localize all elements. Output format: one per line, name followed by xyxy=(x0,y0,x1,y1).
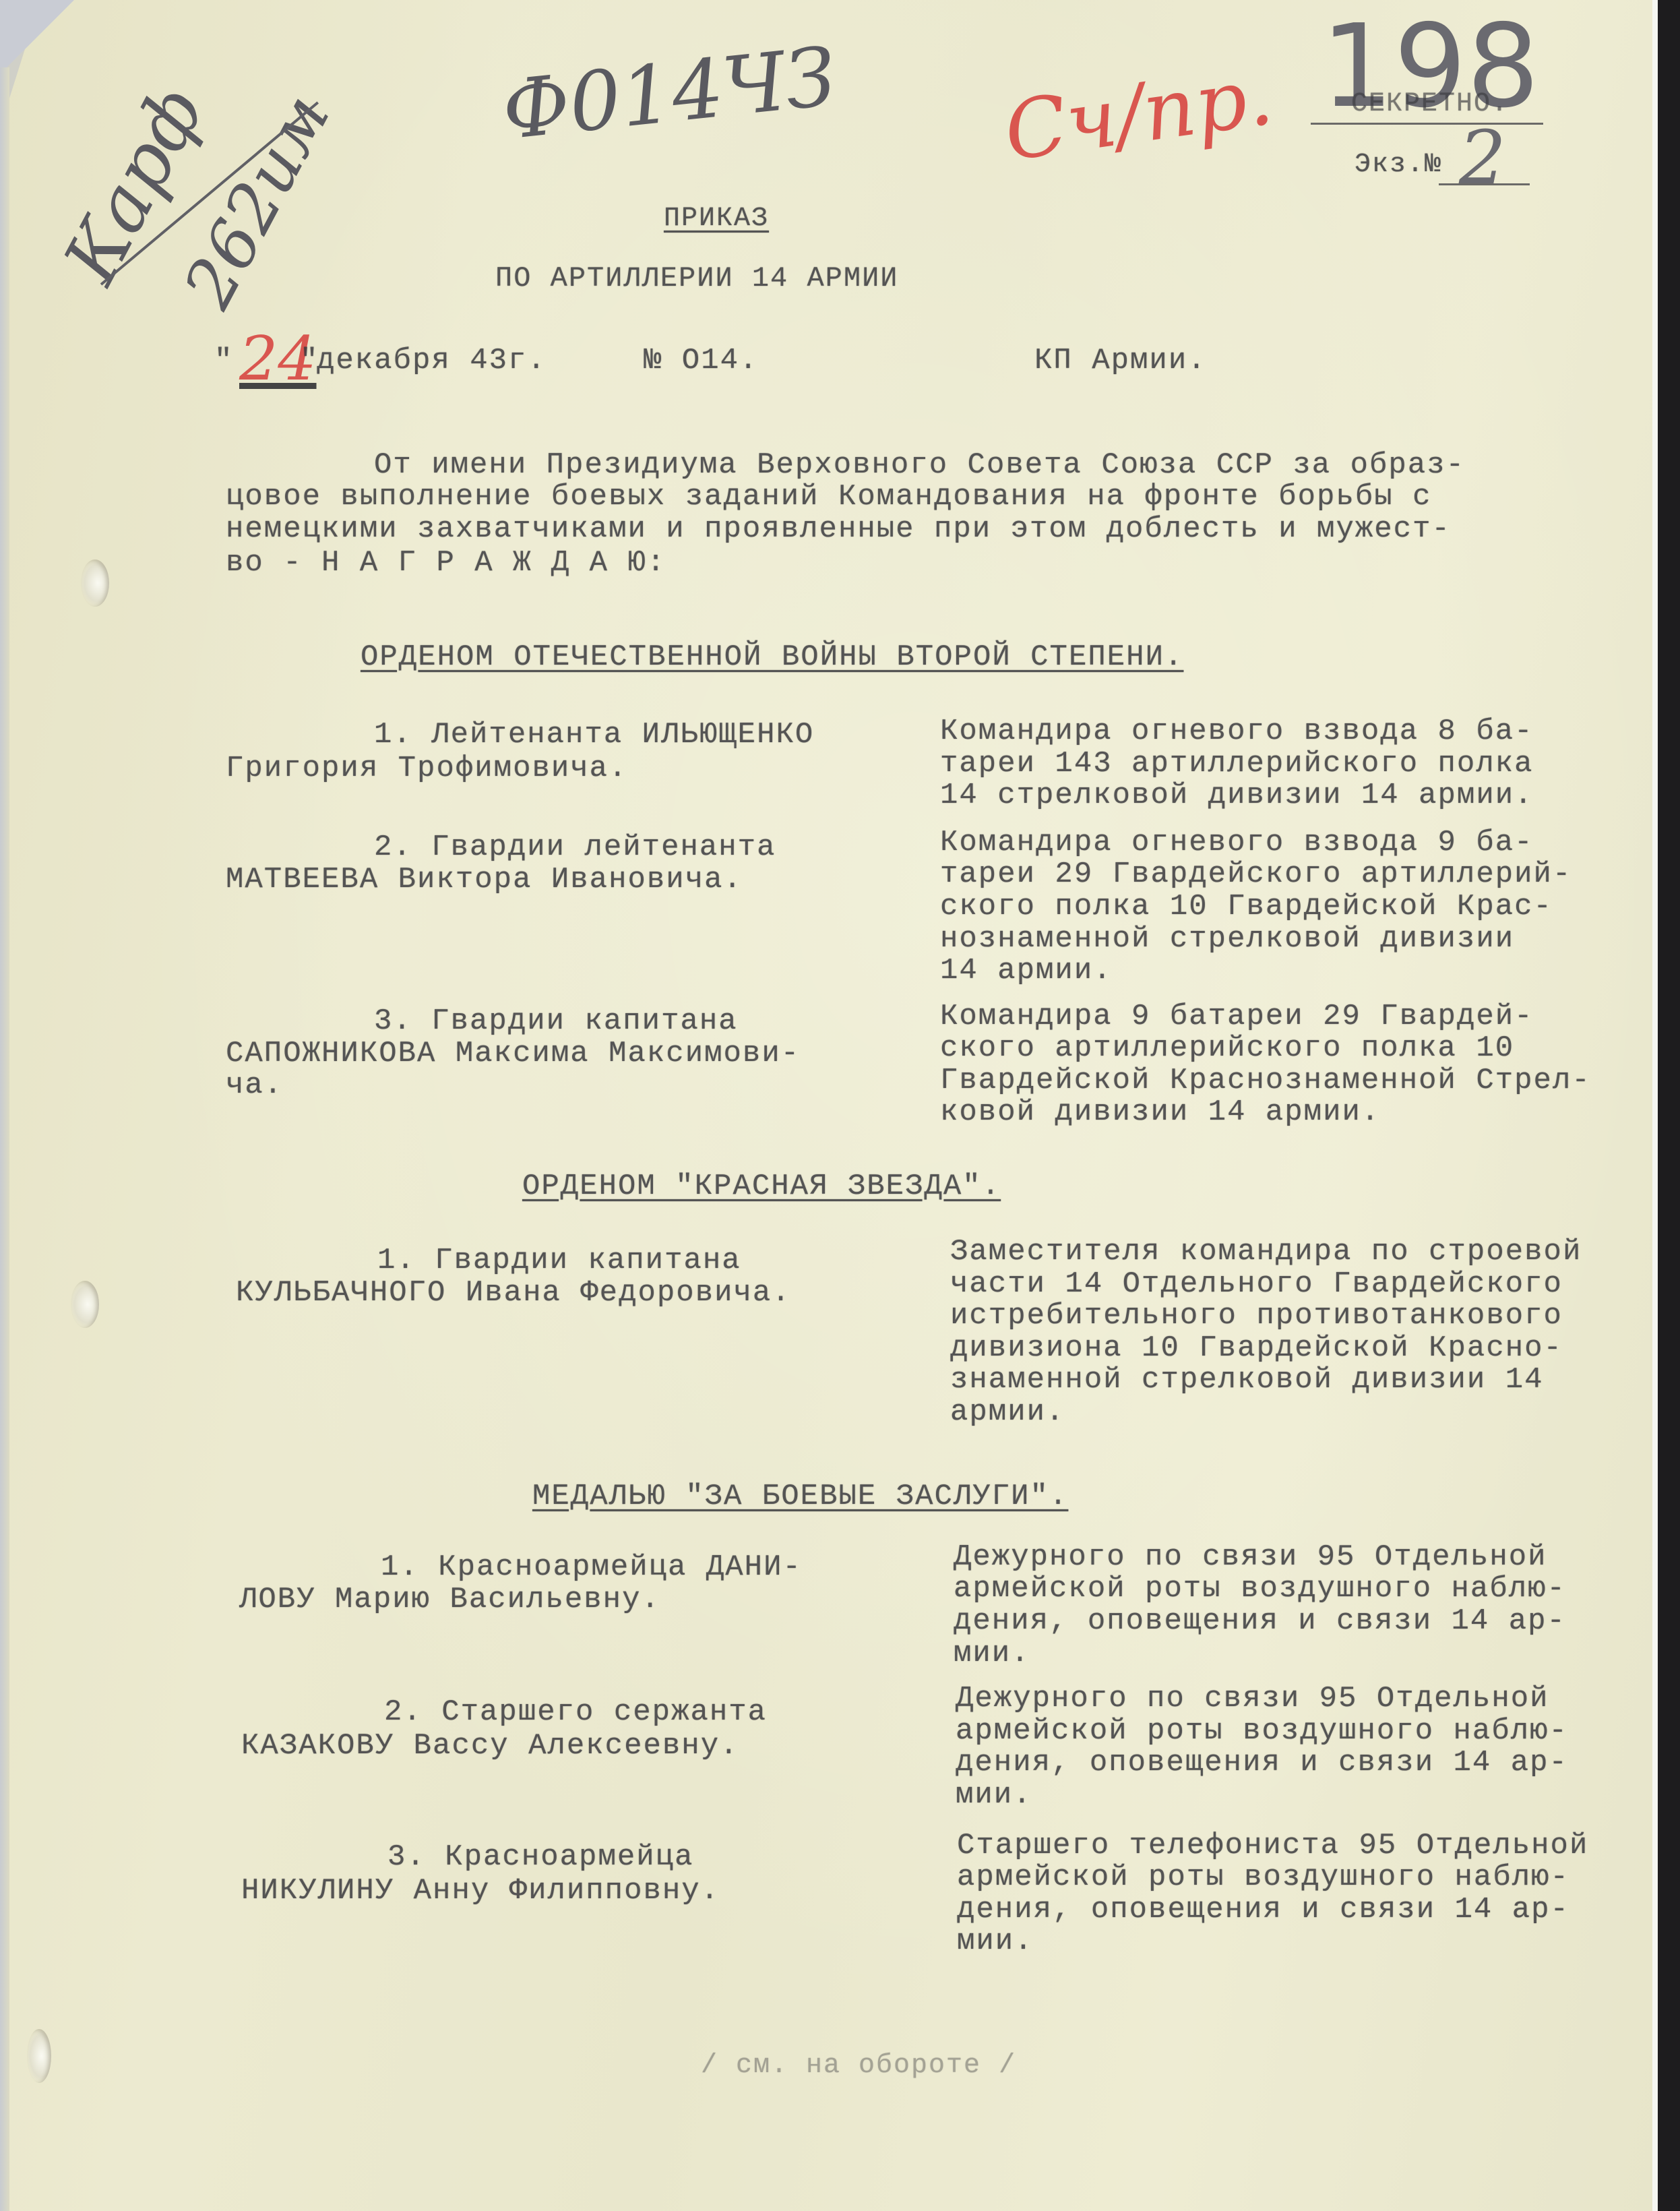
binding-edge xyxy=(0,67,9,2211)
document-page: Карф 262им Ф014ЧЗ Сч/пр. 198 СЕКРЕТНО. Э… xyxy=(0,0,1656,2211)
location: КП Армии. xyxy=(1034,344,1207,377)
footer-note: / см. на обороте / xyxy=(701,2049,1016,2083)
classification-underline xyxy=(1311,123,1543,125)
order-number: № О14. xyxy=(644,344,758,377)
paper-edge xyxy=(1652,0,1658,2211)
copy-label: Экз.№ xyxy=(1355,148,1442,182)
date-month-year: декабря 43г. xyxy=(317,344,547,377)
section-heading: МЕДАЛЬЮ "ЗА БОЕВЫЕ ЗАСЛУГИ". xyxy=(532,1480,1068,1513)
red-annotation: Сч/пр. xyxy=(999,49,1278,179)
punch-hole xyxy=(81,559,109,607)
punch-hole xyxy=(71,1281,99,1328)
torn-corner-shadow xyxy=(0,0,74,74)
archive-number: Ф014ЧЗ xyxy=(498,30,840,158)
copy-number: 2 xyxy=(1459,115,1506,201)
copy-underline xyxy=(1439,183,1530,185)
section-heading: ОРДЕНОМ "КРАСНАЯ ЗВЕЗДА". xyxy=(522,1170,1001,1203)
document-title: ПРИКАЗ xyxy=(664,202,769,236)
section-heading: ОРДЕНОМ ОТЕЧЕСТВЕННОЙ ВОЙНЫ ВТОРОЙ СТЕПЕ… xyxy=(361,640,1183,674)
punch-hole xyxy=(27,2029,51,2083)
document-subtitle: ПО АРТИЛЛЕРИИ 14 АРМИИ xyxy=(495,262,899,295)
